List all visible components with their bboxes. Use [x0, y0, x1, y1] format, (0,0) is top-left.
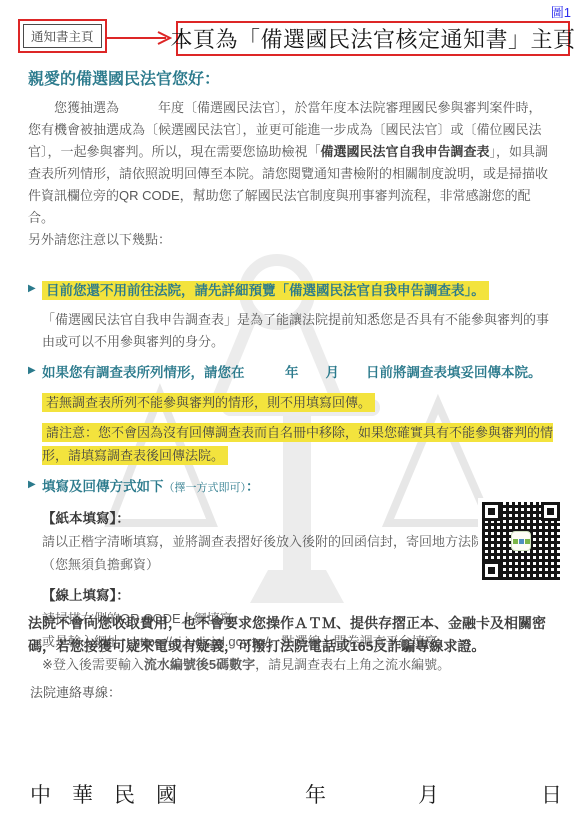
list-item-fill-methods: ▶ 填寫及回傳方式如下（擇一方式即可）：	[28, 476, 553, 499]
bullet3-title-text: 填寫及回傳方式如下	[42, 479, 164, 494]
greeting-heading: 親愛的備選國民法官您好：	[28, 66, 553, 89]
date-month-label: 月	[418, 779, 439, 809]
triangle-right-icon: ▶	[28, 365, 36, 376]
online-line3-pre: ※登入後需要輸入	[42, 657, 144, 672]
notice-page: 圖1 通知書主頁 本頁為「備選國民法官核定通知書」主頁 親愛的備選國民法官您好：…	[0, 0, 581, 817]
bullet1-subtext: 「備選國民法官自我申告調查表」是為了能讓法院提前知悉您是否具有不能參與審判的事由…	[42, 309, 553, 353]
court-contact-line: 法院連絡專線：	[30, 682, 121, 701]
bullet2-title: 如果您有調查表所列情形，請您在 年 月 日前將調查表填妥回傳本院。	[42, 365, 542, 380]
date-year-label: 年	[305, 779, 326, 809]
list-item-return-deadline: ▶ 如果您有調查表所列情形，請您在 年 月 日前將調查表填妥回傳本院。 若無調查…	[28, 362, 553, 467]
callout-tag-box: 通知書主頁	[18, 19, 107, 53]
page-title-box: 本頁為「備選國民法官核定通知書」主頁	[176, 21, 570, 56]
bullet3-title: 填寫及回傳方式如下（擇一方式即可）：	[42, 479, 260, 494]
paper-method-line2: （您無須負擔郵資）	[42, 553, 553, 576]
bullet3-title-note: （擇一方式即可）	[164, 482, 247, 494]
paper-method-section: 【紙本填寫】： 請以正楷字清晰填寫，並將調查表摺好後放入後附的回函信封，寄回地方…	[28, 507, 553, 576]
intro-bold-form-name: 備選國民法官自我申告調查表	[321, 144, 490, 159]
list-item-preview: ▶ 目前您還不用前往法院，請先詳細預覽「備選國民法官自我申告調查表」。 「備選國…	[28, 280, 553, 353]
date-era-label: 中 華 民 國	[30, 779, 177, 809]
figure-label: 圖1	[551, 2, 571, 21]
bullet1-highlight: 目前您還不用前往法院，請先詳細預覽「備選國民法官自我申告調查表」。	[42, 281, 489, 300]
callout-tag-label: 通知書主頁	[23, 24, 102, 48]
qr-finder-icon	[541, 502, 560, 521]
highlight-please-note: 請注意：您不會因為沒有回傳調查表而自名冊中移除，如果您確實具有不能參與審判的情形…	[42, 423, 553, 465]
intro-paragraph: 您獲抽選為 年度〔備選國民法官〕，於當年度本法院審理國民參與審判案件時，您有機會…	[28, 97, 553, 229]
date-line: 中 華 民 國 年 月 日	[0, 779, 581, 805]
note-intro-line: 另外請您注意以下幾點：	[28, 229, 553, 251]
judiciary-mascot-logo-icon	[511, 531, 531, 551]
qr-finder-icon	[482, 502, 501, 521]
online-method-label: 【線上填寫】：	[42, 584, 553, 607]
anti-fraud-warning: 法院不會向您收取費用，也不會要求您操作ＡＴＭ、提供存摺正本、金融卡及相關密碼，若…	[28, 612, 556, 658]
triangle-right-icon: ▶	[28, 479, 36, 490]
paper-method-label: 【紙本填寫】：	[42, 507, 553, 530]
paper-method-line1: 請以正楷字清晰填寫，並將調查表摺好後放入後附的回函信封，寄回地方法院。	[42, 530, 553, 553]
highlight-no-return-needed: 若無調查表所列不能參與審判的情形，則不用填寫回傳。	[42, 393, 375, 412]
bullet2-note2: 請注意：您不會因為沒有回傳調查表而自名冊中移除，如果您確實具有不能參與審判的情形…	[42, 421, 553, 467]
date-day-label: 日	[541, 779, 562, 809]
triangle-right-icon: ▶	[28, 283, 36, 294]
serial-number-bold: 流水編號後5碼數字	[144, 657, 255, 672]
arrow-right-icon	[104, 30, 176, 46]
qr-finder-icon	[482, 561, 501, 580]
bullet3-title-colon: ：	[246, 479, 260, 494]
qr-code	[478, 498, 564, 584]
notice-body: 親愛的備選國民法官您好： 您獲抽選為 年度〔備選國民法官〕，於當年度本法院審理國…	[28, 66, 553, 676]
online-line3-post: ，請見調查表右上角之流水編號。	[255, 657, 450, 672]
bullet2-note1: 若無調查表所列不能參與審判的情形，則不用填寫回傳。	[42, 391, 553, 414]
